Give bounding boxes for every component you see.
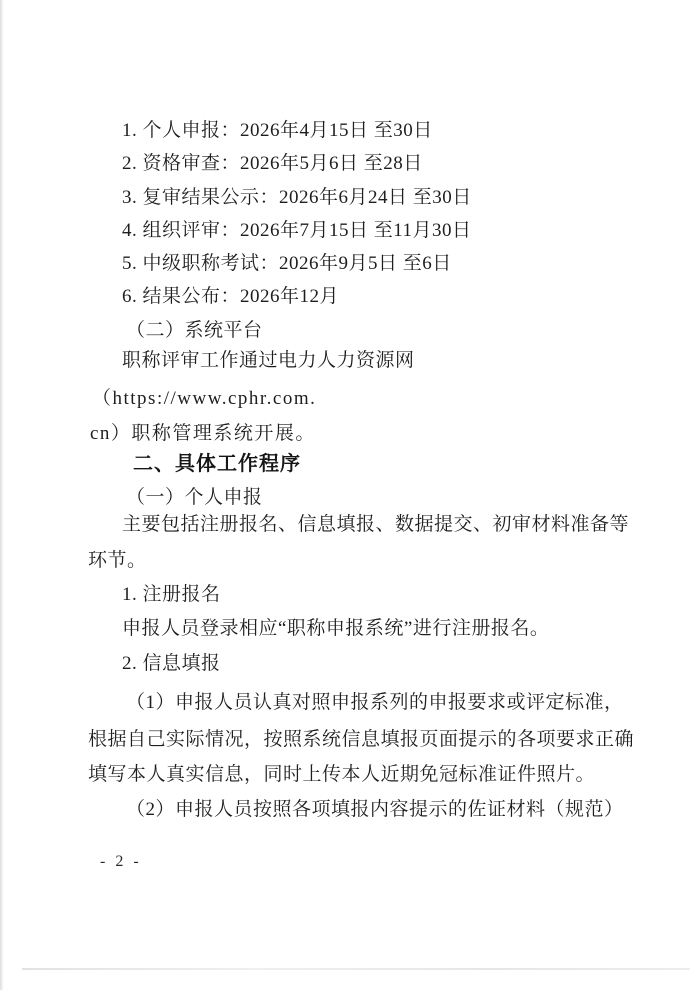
step1-body-line: 申报人员登录相应“职称申报系统”进行注册报名。 (122, 618, 549, 640)
platform-body-line-2: cn）职称管理系统开展。 (90, 423, 316, 445)
personal-overview-line-1: 主要包括注册报名、信息填报、数据提交、初审材料准备等 (122, 514, 629, 536)
schedule-item-1: 1. 个人申报：2026年4月15日 至30日 (122, 120, 433, 142)
section-heading-personal: （一）个人申报 (126, 487, 263, 509)
chapter-heading-procedures: 二、具体工作程序 (133, 453, 301, 475)
step2-item1-line-2: 根据自己实际情况，按照系统信息填报页面提示的各项要求正确 (88, 729, 634, 751)
step2-heading: 2. 信息填报 (122, 653, 221, 675)
step2-item2-line-1: （2）申报人员按照各项填报内容提示的佐证材料（规范） (126, 799, 624, 821)
schedule-item-4: 4. 组织评审：2026年7月15日 至11月30日 (122, 220, 472, 242)
personal-overview-line-2: 环节。 (88, 550, 147, 572)
schedule-item-6: 6. 结果公布：2026年12月 (122, 286, 339, 308)
step1-heading: 1. 注册报名 (122, 584, 221, 606)
schedule-item-3: 3. 复审结果公示：2026年6月24日 至30日 (122, 187, 472, 209)
scan-bottom-edge-line (22, 968, 690, 970)
platform-body-line-1: 职称评审工作通过电力人力资源网 (122, 350, 415, 372)
step2-item1-line-1: （1）申报人员认真对照申报系列的申报要求或评定标准， (126, 692, 624, 714)
document-page: 1. 个人申报：2026年4月15日 至30日 2. 资格审查：2026年5月6… (0, 0, 700, 990)
schedule-item-2: 2. 资格审查：2026年5月6日 至28日 (122, 153, 423, 175)
page-number: - 2 - (100, 851, 142, 873)
platform-url-line: （https://www.cphr.com. (92, 388, 316, 410)
section-heading-platform: （二）系统平台 (126, 320, 263, 342)
schedule-item-5: 5. 中级职称考试：2026年9月5日 至6日 (122, 253, 452, 275)
step2-item1-line-3: 填写本人真实信息，同时上传本人近期免冠标准证件照片。 (88, 764, 595, 786)
scan-left-edge-shadow (0, 0, 4, 990)
